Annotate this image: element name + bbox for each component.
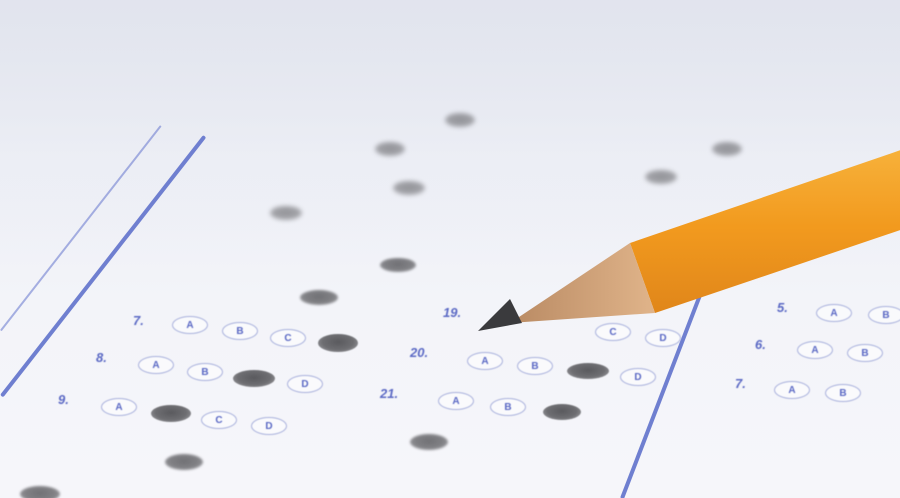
distant-mark — [445, 113, 475, 127]
answer-bubble-d[interactable]: D — [620, 368, 656, 386]
distant-mark — [165, 454, 203, 470]
distant-mark — [380, 258, 416, 272]
filled-bubble[interactable] — [151, 405, 191, 422]
filled-bubble[interactable] — [233, 370, 275, 387]
answer-bubble-a[interactable]: A — [172, 316, 208, 334]
answer-bubble-a[interactable]: A — [138, 356, 174, 374]
question-number: 20. — [410, 345, 428, 360]
filled-bubble[interactable] — [567, 363, 609, 379]
answer-bubble-a[interactable]: A — [438, 392, 474, 410]
answer-bubble-a[interactable]: A — [797, 341, 833, 359]
answer-bubble-a[interactable]: A — [101, 398, 137, 416]
answer-bubble-b[interactable]: B — [825, 384, 861, 402]
answer-sheet-photo: 7.ABC8.ABD9.ACD19.CD20.ABD21.AB5.AB6.AB7… — [0, 0, 900, 498]
answer-bubble-b[interactable]: B — [222, 322, 258, 340]
answer-bubble-d[interactable]: D — [251, 417, 287, 435]
filled-bubble[interactable] — [318, 334, 358, 352]
answer-bubble-c[interactable]: C — [270, 329, 306, 347]
question-number: 7. — [133, 313, 144, 328]
answer-bubble-b[interactable]: B — [847, 344, 883, 362]
pencil-icon — [470, 145, 900, 335]
question-number: 6. — [755, 337, 766, 352]
distant-mark — [20, 486, 60, 498]
distant-mark — [410, 434, 448, 450]
answer-bubble-b[interactable]: B — [517, 357, 553, 375]
filled-bubble[interactable] — [543, 404, 581, 420]
question-number: 19. — [443, 305, 461, 320]
answer-bubble-b[interactable]: B — [187, 363, 223, 381]
answer-bubble-a[interactable]: A — [774, 381, 810, 399]
distant-mark — [270, 206, 302, 220]
answer-bubble-c[interactable]: C — [201, 411, 237, 429]
question-number: 21. — [380, 386, 398, 401]
question-number: 7. — [735, 376, 746, 391]
distant-mark — [300, 290, 338, 305]
distant-mark — [393, 181, 425, 195]
answer-bubble-b[interactable]: B — [490, 398, 526, 416]
answer-bubble-d[interactable]: D — [287, 375, 323, 393]
question-number: 9. — [58, 392, 69, 407]
distant-mark — [375, 142, 405, 156]
answer-bubble-a[interactable]: A — [467, 352, 503, 370]
question-number: 8. — [96, 350, 107, 365]
